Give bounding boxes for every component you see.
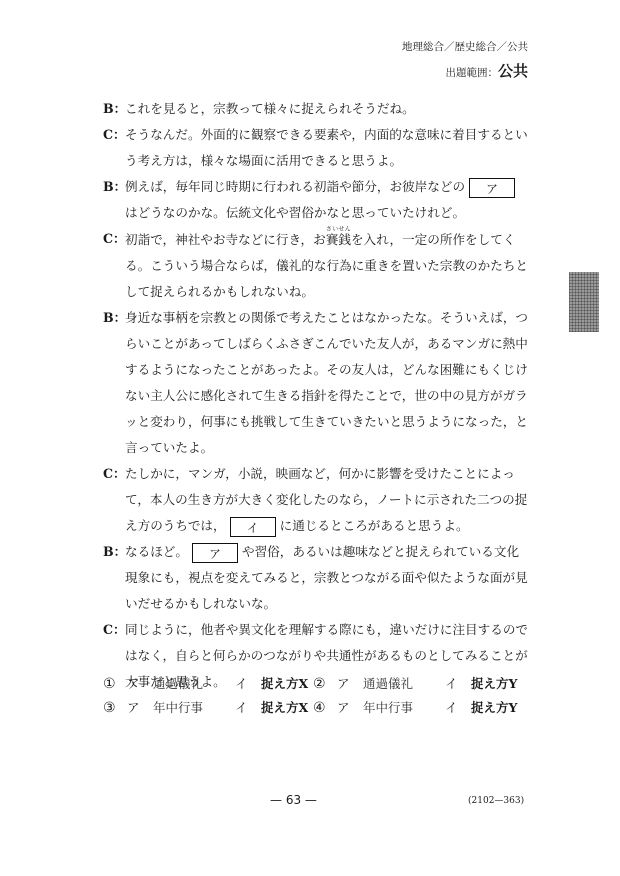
dialogue-turn: B： 例えば，毎年同じ時期に行われる初詣や節分，お彼岸などのアはどうなのかな。伝… bbox=[103, 174, 528, 226]
choice-row: ① ア 通過儀礼 イ 捉え方X ② ア 通過儀礼 イ 捉え方Y bbox=[103, 672, 523, 696]
ruby-base: 賽銭 bbox=[326, 232, 351, 247]
blank-i-value: 捉え方Y bbox=[471, 696, 517, 720]
utterance-text: なるほど。 bbox=[125, 544, 188, 559]
blank-i-value: 捉え方X bbox=[261, 672, 308, 696]
blank-box-a: ア bbox=[469, 178, 515, 198]
utterance: 初詣で，神社やお寺などに行き，お賽銭さいせんを入れ，一定の所作をしてくる。こうい… bbox=[125, 226, 528, 305]
blank-i-label: イ bbox=[445, 696, 471, 720]
dialogue-turn: B： なるほど。アや習俗，あるいは趣味などと捉えられている文化現象にも，視点を変… bbox=[103, 539, 528, 617]
utterance: 例えば，毎年同じ時期に行われる初詣や節分，お彼岸などのアはどうなのかな。伝統文化… bbox=[125, 174, 528, 226]
subjects-label: 地理総合／歴史総合／公共 bbox=[402, 40, 528, 54]
utterance: なるほど。アや習俗，あるいは趣味などと捉えられている文化現象にも，視点を変えてみ… bbox=[125, 539, 528, 617]
blank-a-value: 通過儀礼 bbox=[153, 672, 235, 696]
exam-scope: 出題範囲：公共 bbox=[402, 60, 528, 81]
page-number: — 63 — bbox=[270, 793, 317, 807]
blank-a-value: 年中行事 bbox=[363, 696, 445, 720]
dialogue-turn: B： これを見ると，宗教って様々に捉えられそうだね。 bbox=[103, 96, 528, 122]
blank-i-value: 捉え方Y bbox=[471, 672, 517, 696]
utterance: 身近な事柄を宗教との関係で考えたことはなかったな。そういえば，つらいことがあって… bbox=[125, 305, 528, 461]
speaker-label: C： bbox=[103, 122, 125, 174]
ruby-word: 賽銭さいせん bbox=[326, 232, 351, 247]
dialogue: B： これを見ると，宗教って様々に捉えられそうだね。 C： そうなんだ。外面的に… bbox=[103, 96, 528, 695]
answer-choices: ① ア 通過儀礼 イ 捉え方X ② ア 通過儀礼 イ 捉え方Y ③ ア 年中行事… bbox=[103, 672, 523, 720]
exam-code: (2102—363) bbox=[468, 796, 524, 806]
blank-i-value: 捉え方X bbox=[261, 696, 308, 720]
speaker-label: B： bbox=[103, 305, 125, 461]
section-index-tab bbox=[569, 272, 599, 332]
blank-box-a: ア bbox=[192, 543, 238, 563]
choice-4[interactable]: ④ ア 年中行事 イ 捉え方Y bbox=[313, 696, 523, 720]
utterance-text: に通じるところがあると思うよ。 bbox=[280, 518, 469, 533]
page-header: 地理総合／歴史総合／公共 出題範囲：公共 bbox=[402, 40, 528, 81]
blank-a-value: 年中行事 bbox=[153, 696, 235, 720]
utterance: そうなんだ。外面的に観察できる要素や，内面的な意味に着目するという考え方は，様々… bbox=[125, 122, 528, 174]
blank-a-label: ア bbox=[337, 672, 363, 696]
blank-a-label: ア bbox=[337, 696, 363, 720]
utterance-text: はどうなのかな。伝統文化や習俗かなと思っていたけれど。 bbox=[125, 205, 465, 220]
speaker-label: B： bbox=[103, 539, 125, 617]
speaker-label: B： bbox=[103, 96, 125, 122]
blank-a-label: ア bbox=[127, 696, 153, 720]
dialogue-turn: C： 初詣で，神社やお寺などに行き，お賽銭さいせんを入れ，一定の所作をしてくる。… bbox=[103, 226, 528, 305]
speaker-label: C： bbox=[103, 226, 125, 305]
choice-row: ③ ア 年中行事 イ 捉え方X ④ ア 年中行事 イ 捉え方Y bbox=[103, 696, 523, 720]
utterance-text: 初詣で，神社やお寺などに行き，お bbox=[125, 232, 326, 247]
choice-2[interactable]: ② ア 通過儀礼 イ 捉え方Y bbox=[313, 672, 523, 696]
choice-number: ③ bbox=[103, 696, 127, 720]
blank-i-label: イ bbox=[445, 672, 471, 696]
dialogue-turn: B： 身近な事柄を宗教との関係で考えたことはなかったな。そういえば，つらいことが… bbox=[103, 305, 528, 461]
choice-number: ④ bbox=[313, 696, 337, 720]
blank-box-i: イ bbox=[230, 517, 276, 537]
choice-number: ② bbox=[313, 672, 337, 696]
blank-a-label: ア bbox=[127, 672, 153, 696]
choice-3[interactable]: ③ ア 年中行事 イ 捉え方X bbox=[103, 696, 313, 720]
scope-label: 出題範囲： bbox=[445, 67, 498, 79]
blank-a-value: 通過儀礼 bbox=[363, 672, 445, 696]
utterance: たしかに，マンガ，小説，映画など，何かに影響を受けたことによって，本人の生き方が… bbox=[125, 461, 528, 539]
utterance: これを見ると，宗教って様々に捉えられそうだね。 bbox=[125, 96, 528, 122]
choice-number: ① bbox=[103, 672, 127, 696]
dialogue-turn: C： たしかに，マンガ，小説，映画など，何かに影響を受けたことによって，本人の生… bbox=[103, 461, 528, 539]
ruby-reading: さいせん bbox=[326, 226, 351, 233]
blank-i-label: イ bbox=[235, 672, 261, 696]
speaker-label: C： bbox=[103, 461, 125, 539]
dialogue-turn: C： そうなんだ。外面的に観察できる要素や，内面的な意味に着目するという考え方は… bbox=[103, 122, 528, 174]
utterance-text: 例えば，毎年同じ時期に行われる初詣や節分，お彼岸などの bbox=[125, 179, 465, 194]
scope-value: 公共 bbox=[498, 62, 528, 80]
blank-i-label: イ bbox=[235, 696, 261, 720]
speaker-label: B： bbox=[103, 174, 125, 226]
choice-1[interactable]: ① ア 通過儀礼 イ 捉え方X bbox=[103, 672, 313, 696]
